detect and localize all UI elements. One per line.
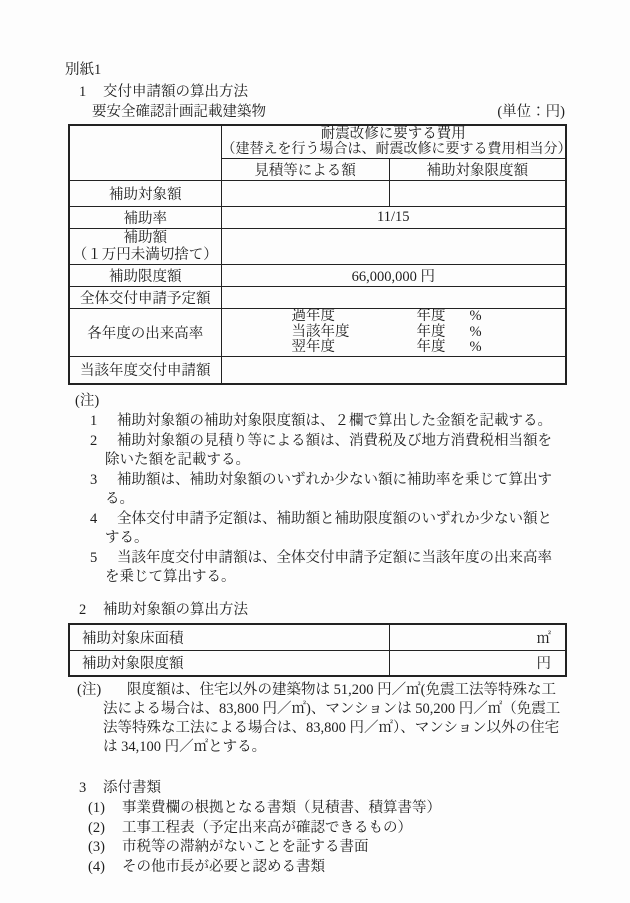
table-row: 補助限度額 66,000,000 円 — [69, 265, 566, 287]
section1-heading: 1交付申請額の算出方法 — [79, 82, 565, 103]
floor-area-label: 補助対象床面積 — [69, 624, 389, 650]
list-item: 5当該年度交付申請額は、全体交付申請予定額に当該年度の出来高率を乗じて算出する。 — [105, 549, 565, 587]
section2-note: (注)限度額は、住宅以外の建築物は 51,200 円／㎡(免震工法等特殊な工法に… — [103, 681, 565, 757]
yearly-progress-cell: 過年度年度% 当該年度年度% 翌年度年度% — [221, 309, 566, 357]
table-row: 耐震改修に要する費用 （建替えを行う場合は、耐震改修に要する費用相当分） — [69, 125, 566, 159]
table-row: 補助対象額 — [69, 181, 566, 207]
grant-application-table: 耐震改修に要する費用 （建替えを行う場合は、耐震改修に要する費用相当分） 見積等… — [68, 124, 567, 385]
total-planned-application-label: 全体交付申請予定額 — [69, 287, 221, 309]
table-row: 補助率 11/15 — [69, 207, 566, 229]
subsidy-limit-value: 66,000,000 円 — [221, 265, 566, 287]
subsidy-limit-label: 補助限度額 — [69, 265, 221, 287]
list-item: (4)その他市長が必要と認める書類 — [88, 858, 565, 878]
section3-title: 添付書類 — [103, 780, 161, 796]
table-row: 補助額 （１万円未満切捨て） — [69, 229, 566, 265]
subsidy-rate-label: 補助率 — [69, 207, 221, 229]
list-item: 2補助対象額の見積り等による額は、消費税及び地方消費税相当額を除いた額を記載する… — [105, 432, 565, 470]
yearly-progress-rate-label: 各年度の出来高率 — [69, 309, 221, 357]
table-row: 各年度の出来高率 過年度年度% 当該年度年度% 翌年度年度% — [69, 309, 566, 357]
section1-subtitle-row: 要安全確認計画記載建築物 (単位：円) — [60, 103, 565, 124]
subsidy-amount-label: 補助額 （１万円未満切捨て） — [69, 229, 221, 265]
table-row: 全体交付申請予定額 — [69, 287, 566, 309]
section2-note-label: (注) — [77, 681, 127, 700]
section1-title: 交付申請額の算出方法 — [103, 84, 248, 100]
attachment-label: 別紙1 — [65, 60, 565, 82]
notes-label: (注) — [75, 392, 565, 412]
total-planned-blank-cell — [221, 287, 566, 309]
list-item: 1補助対象額の補助対象限度額は、２欄で算出した金額を記載する。 — [105, 412, 565, 431]
table-row: 補助対象床面積 ㎡ — [69, 624, 566, 650]
estimate-column-header: 見積等による額 — [221, 159, 389, 181]
list-item: (3)市税等の滞納がないことを証する書面 — [88, 838, 565, 858]
subsidy-rate-value: 11/15 — [221, 207, 566, 229]
list-item: (2)工事工程表（予定出来高が確認できるもの） — [88, 819, 565, 839]
building-category-label: 要安全確認計画記載建築物 — [92, 103, 266, 124]
document-page: 別紙1 1交付申請額の算出方法 要安全確認計画記載建築物 (単位：円) 耐震改修… — [0, 0, 630, 903]
list-item: 3補助額は、補助対象額のいずれか少ない額に補助率を乗じて算出する。 — [105, 471, 565, 509]
progress-line-current: 当該年度年度% — [222, 325, 566, 341]
section1-number: 1 — [79, 82, 103, 102]
limit-column-header: 補助対象限度額 — [389, 159, 566, 181]
attached-documents-list: (1)事業費欄の根拠となる書類（見積書、積算書等） (2)工事工程表（予定出来高… — [60, 799, 565, 877]
target-amount-table: 補助対象床面積 ㎡ 補助対象限度額 円 — [68, 623, 567, 677]
unit-note: (単位：円) — [497, 103, 565, 124]
progress-line-past: 過年度年度% — [222, 309, 566, 325]
cost-header-line1: 耐震改修に要する費用 — [222, 126, 566, 142]
target-limit-label: 補助対象限度額 — [69, 650, 389, 676]
section2-title: 補助対象額の算出方法 — [103, 602, 248, 618]
table-row: 補助対象限度額 円 — [69, 650, 566, 676]
floor-area-unit: ㎡ — [389, 624, 566, 650]
section2-number: 2 — [79, 600, 103, 620]
table-row: 当該年度交付申請額 — [69, 356, 566, 384]
progress-line-next: 翌年度年度% — [222, 340, 566, 356]
target-limit-blank-cell — [389, 181, 566, 207]
section2-heading: 2補助対象額の算出方法 — [79, 600, 565, 621]
table-corner-cell — [69, 125, 221, 181]
target-amount-label: 補助対象額 — [69, 181, 221, 207]
subsidy-amount-blank-cell — [221, 229, 566, 265]
current-year-application-label: 当該年度交付申請額 — [69, 356, 221, 384]
section2-note-text: 限度額は、住宅以外の建築物は 51,200 円／㎡(免震工法等特殊な工法による場… — [103, 682, 560, 755]
target-estimate-blank-cell — [221, 181, 389, 207]
target-limit-unit: 円 — [389, 650, 566, 676]
list-item: (1)事業費欄の根拠となる書類（見積書、積算書等） — [88, 799, 565, 819]
section3-number: 3 — [79, 778, 103, 798]
current-year-blank-cell — [221, 356, 566, 384]
section3-heading: 3添付書類 — [79, 778, 565, 799]
list-item: 4全体交付申請予定額は、補助額と補助限度額のいずれか少ない額とする。 — [105, 510, 565, 548]
cost-header-cell: 耐震改修に要する費用 （建替えを行う場合は、耐震改修に要する費用相当分） — [221, 125, 566, 159]
cost-header-line2: （建替えを行う場合は、耐震改修に要する費用相当分） — [222, 142, 566, 158]
notes-list: 1補助対象額の補助対象限度額は、２欄で算出した金額を記載する。 2補助対象額の見… — [60, 412, 565, 587]
